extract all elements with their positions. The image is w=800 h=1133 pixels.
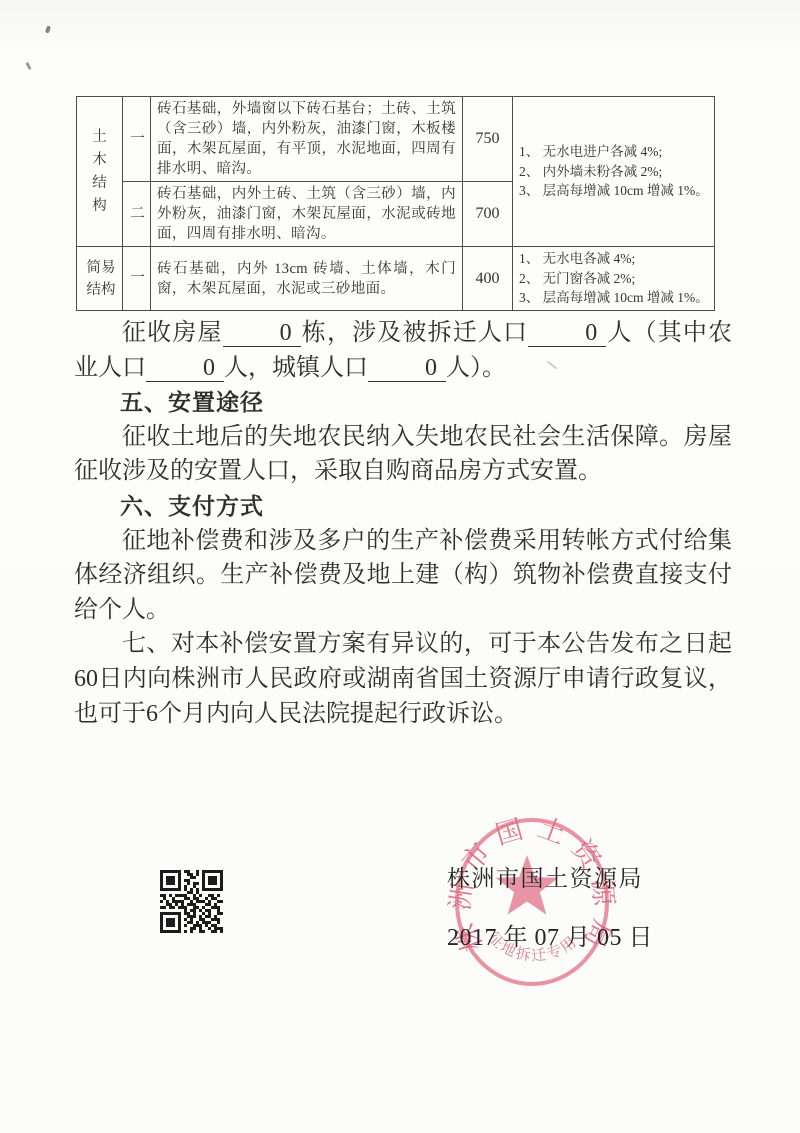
compensation-standards-table: 土木结构 一 砖石基础，外墙窗以下砖石基台；土砖、土筑（含三砂）墙，内外粉灰，油… [76,96,715,311]
document-body: 征收房屋0栋，涉及被拆迁人口0人（其中农业人口0人，城镇人口0人）。 五、安置途… [74,316,732,731]
text-run: 人）。 [446,355,506,381]
notes-cell-simple: 1、 无水电各减 4%; 2、 无门窗各减 2%; 3、 层高每增减 10cm … [513,247,715,311]
fill-in-value: 0 [368,355,446,382]
table-row: 简易结构 一 砖石基础，内外 13cm 砖墙、土体墙，木门窗，木架瓦屋面，水泥或… [77,247,715,311]
qr-code-image [160,870,223,933]
paragraph-resettlement: 征收土地后的失地农民纳入失地农民社会生活保障。房屋征收涉及的安置人口，采取自购商… [74,420,732,489]
note-line: 2、 内外墙未粉各减 2%; [519,162,708,182]
fill-in-value: 0 [528,320,606,347]
grade-cell: 一 [123,247,151,311]
paragraph-payment: 征地补偿费和涉及多户的生产补偿费采用转帐方式付给集体经济组织。生产补偿费及地上建… [74,524,732,628]
value-cell: 700 [463,182,513,247]
notes-cell-civil: 1、 无水电进户各减 4%; 2、 内外墙未粉各减 2%; 3、 层高每增减 1… [513,97,715,247]
paragraph-housing-count: 征收房屋0栋，涉及被拆迁人口0人（其中农业人口0人，城镇人口0人）。 [74,316,732,385]
category-label: 简易结构 [83,257,119,301]
value-cell: 400 [463,247,513,311]
description-cell: 砖石基础，内外土砖、土筑（含三砂）墙，内外粉灰，油漆门窗，木架瓦屋面，水泥或砖地… [151,182,463,247]
scan-speck [45,26,51,34]
section-heading-6: 六、支付方式 [74,489,732,524]
grade-label: 二 [129,203,146,226]
grade-cell: 一 [123,97,151,182]
qr-code [160,870,223,933]
note-line: 3、 层高每增减 10cm 增减 1%。 [519,181,708,201]
text-run: 人，城镇人口 [224,355,368,381]
note-line: 2、 无门窗各减 2%; [519,269,708,289]
grade-label: 一 [129,128,146,151]
category-cell-simple: 简易结构 [77,247,123,311]
signature-block: 株洲市国土资源局 2017 年 07 月 05 日 [447,860,653,952]
issuing-agency: 株洲市国土资源局 [447,860,653,893]
paragraph-objection: 七、对本补偿安置方案有异议的，可于本公告发布之日起60日内向株洲市人民政府或湖南… [74,627,732,731]
scan-speck [25,62,31,70]
note-line: 1、 无水电进户各减 4%; [519,142,708,162]
category-cell-civil: 土木结构 [77,97,123,247]
value-cell: 750 [463,97,513,182]
grade-cell: 二 [123,182,151,247]
description-cell: 砖石基础，内外 13cm 砖墙、土体墙，木门窗，木架瓦屋面，水泥或三砂地面。 [151,247,463,311]
text-run: 征收房屋 [122,320,223,346]
text-run: 栋，涉及被拆迁人口 [301,320,529,346]
table-row: 土木结构 一 砖石基础，外墙窗以下砖石基台；土砖、土筑（含三砂）墙，内外粉灰，油… [77,97,715,182]
issue-date: 2017 年 07 月 05 日 [447,917,653,952]
note-line: 1、 无水电各减 4%; [519,249,708,269]
fill-in-value: 0 [146,355,224,382]
section-heading-5: 五、安置途径 [74,385,732,420]
description-cell: 砖石基础，外墙窗以下砖石基台；土砖、土筑（含三砂）墙，内外粉灰，油漆门窗，木板楼… [151,97,463,182]
note-line: 3、 层高每增减 10cm 增减 1%。 [519,288,708,308]
category-label: 土木结构 [91,126,108,218]
scanned-document-page: 土木结构 一 砖石基础，外墙窗以下砖石基台；土砖、土筑（含三砂）墙，内外粉灰，油… [0,0,800,1133]
fill-in-value: 0 [223,320,301,347]
grade-label: 一 [129,267,146,290]
